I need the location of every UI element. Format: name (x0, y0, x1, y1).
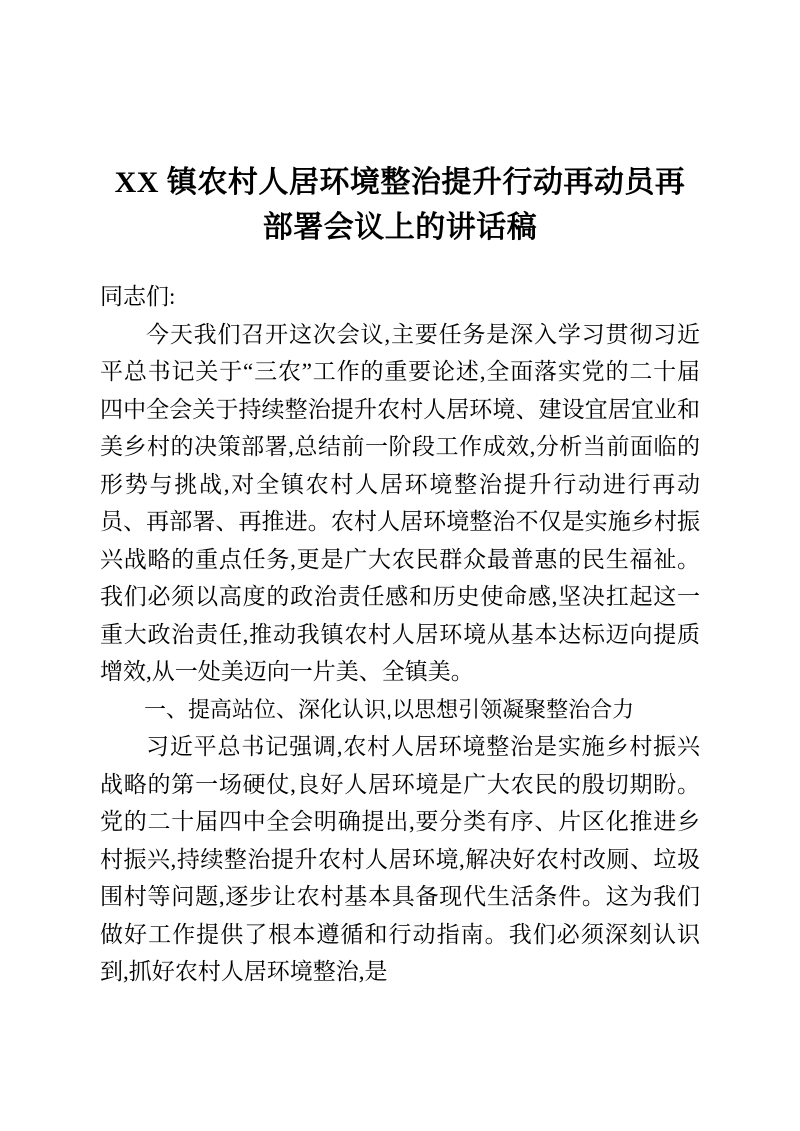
salutation: 同志们: (100, 278, 700, 316)
paragraph-intro: 今天我们召开这次会议,主要任务是深入学习贯彻习近平总书记关于“三农”工作的重要论… (100, 316, 700, 691)
document-title: XX 镇农村人居环境整治提升行动再动员再部署会议上的讲话稿 (100, 160, 700, 250)
document-page: XX 镇农村人居环境整治提升行动再动员再部署会议上的讲话稿 同志们: 今天我们召… (0, 0, 800, 1131)
section-heading-1: 一、提高站位、深化认识,以思想引领凝聚整治合力 (100, 691, 700, 729)
paragraph-section-1: 习近平总书记强调,农村人居环境整治是实施乡村振兴战略的第一场硬仗,良好人居环境是… (100, 728, 700, 991)
